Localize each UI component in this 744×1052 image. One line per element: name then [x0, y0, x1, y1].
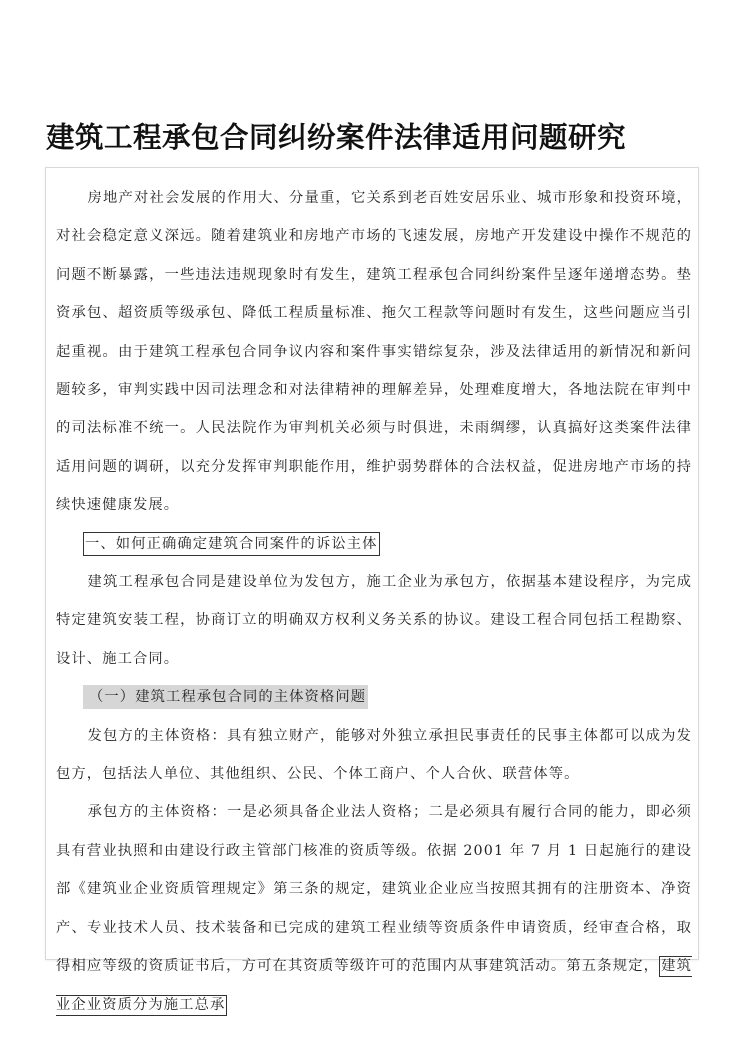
subsection-heading-row: （一）建筑工程承包合同的主体资格问题 — [56, 678, 692, 716]
subsection-1-heading: （一）建筑工程承包合同的主体资格问题 — [83, 685, 368, 709]
document-content-box: 房地产对社会发展的作用大、分量重，它关系到老百姓安居乐业、城市形象和投资环境，对… — [45, 167, 699, 960]
contractor-qualification-paragraph: 承包方的主体资格：一是必须具备企业法人资格；二是必须具有履行合同的能力，即必须具… — [56, 793, 692, 1023]
section-1-heading: 一、如何正确确定建筑合同案件的诉讼主体 — [83, 532, 380, 556]
intro-paragraph: 房地产对社会发展的作用大、分量重，它关系到老百姓安居乐业、城市形象和投资环境，对… — [56, 179, 692, 525]
contractor-qualification-text: 承包方的主体资格：一是必须具备企业法人资格；二是必须具有履行合同的能力，即必须具… — [56, 804, 692, 974]
section-1-paragraph: 建筑工程承包合同是建设单位为发包方，施工企业为承包方，依据基本建设程序，为完成特… — [56, 563, 692, 678]
document-title: 建筑工程承包合同纠纷案件法律适用问题研究 — [46, 118, 626, 158]
document-body: 房地产对社会发展的作用大、分量重，它关系到老百姓安居乐业、城市形象和投资环境，对… — [56, 179, 692, 1024]
employer-qualification-paragraph: 发包方的主体资格：具有独立财产，能够对外独立承担民事责任的民事主体都可以成为发包… — [56, 717, 692, 794]
section-heading-row: 一、如何正确确定建筑合同案件的诉讼主体 — [56, 525, 692, 563]
